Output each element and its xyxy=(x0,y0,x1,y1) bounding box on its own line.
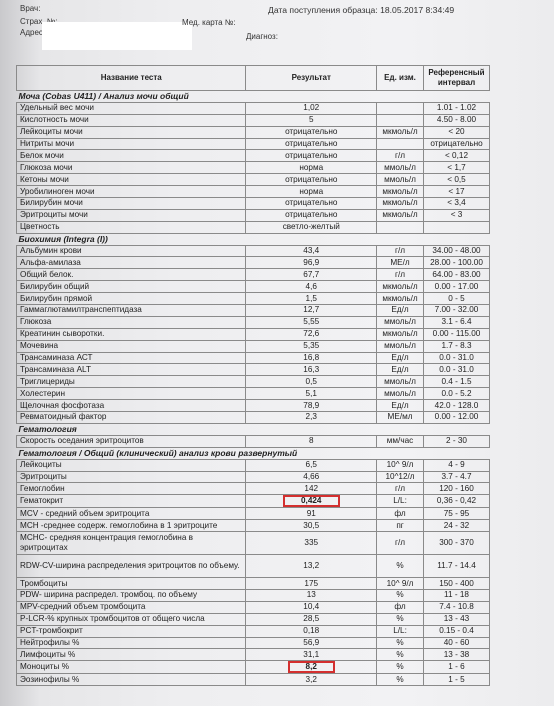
reference-cell: 120 - 160 xyxy=(424,483,490,495)
test-name-cell: Кислотность мочи xyxy=(17,114,246,126)
highlighted-result: 8,2 xyxy=(288,661,335,673)
unit-cell: % xyxy=(377,555,424,578)
table-row: Глюкоза5,55ммоль/л3.1 - 6.4 xyxy=(17,316,490,328)
test-name-cell: Цветность xyxy=(17,221,246,233)
table-row: Альбумин крови43,4г/л34.00 - 48.00 xyxy=(17,245,490,257)
table-row: Лейкоциты6,510^ 9/л4 - 9 xyxy=(17,459,490,471)
result-cell: отрицательно xyxy=(246,150,377,162)
test-name-cell: MCHC- средняя концентрация гемоглобина в… xyxy=(17,532,246,555)
test-name-cell: Гаммаглютамилтранспептидаза xyxy=(17,305,246,317)
table-row: P-LCR-% крупных тромбоцитов от общего чи… xyxy=(17,613,490,625)
unit-cell: Ед/л xyxy=(377,352,424,364)
section-title: Гематология / Общий (клинический) анализ… xyxy=(17,447,490,459)
test-name-cell: PCT-тромбокрит xyxy=(17,625,246,637)
unit-cell: % xyxy=(377,589,424,601)
table-row: Трансаминаза ALT16,3Ед/л0.0 - 31.0 xyxy=(17,364,490,376)
test-name-cell: Общий белок. xyxy=(17,269,246,281)
table-row: MCV - средний объем эритроцита91фл75 - 9… xyxy=(17,508,490,520)
unit-cell: % xyxy=(377,661,424,674)
test-name-cell: Уробилиноген мочи xyxy=(17,186,246,198)
result-cell: 30,5 xyxy=(246,520,377,532)
reference-cell: 150 - 400 xyxy=(424,578,490,590)
result-cell: 8 xyxy=(246,435,377,447)
unit-cell: Ед/л xyxy=(377,400,424,412)
test-name-cell: Трансаминаза АСТ xyxy=(17,352,246,364)
reference-cell: 0 - 5 xyxy=(424,293,490,305)
section-header: Биохимия (Integra (I)) xyxy=(17,233,490,245)
reference-cell: < 3,4 xyxy=(424,198,490,210)
result-cell: 335 xyxy=(246,532,377,555)
table-row: Билирубин прямой1,5мкмоль/л0 - 5 xyxy=(17,293,490,305)
reference-cell: 4.50 - 8.00 xyxy=(424,114,490,126)
reference-cell: 13 - 43 xyxy=(424,613,490,625)
reference-cell: < 1,7 xyxy=(424,162,490,174)
test-name-cell: Ревматоидный фактор xyxy=(17,412,246,424)
result-cell: 1,02 xyxy=(246,102,377,114)
table-row: PCT-тромбокрит0,18L/L:0.15 - 0.4 xyxy=(17,625,490,637)
table-row: Гемоглобин142г/л120 - 160 xyxy=(17,483,490,495)
test-name-cell: Билирубин общий xyxy=(17,281,246,293)
unit-cell: L/L: xyxy=(377,625,424,637)
table-row: Моноциты %8,2%1 - 6 xyxy=(17,661,490,674)
result-cell: 0,424 xyxy=(246,495,377,508)
test-name-cell: Лейкоциты мочи xyxy=(17,126,246,138)
test-name-cell: RDW-CV-ширина распределения эритроцитов … xyxy=(17,555,246,578)
reference-cell: 4 - 9 xyxy=(424,459,490,471)
table-row: Гаммаглютамилтранспептидаза12,7Ед/л7.00 … xyxy=(17,305,490,317)
test-name-cell: Гемоглобин xyxy=(17,483,246,495)
table-row: Скорость оседания эритроцитов8мм/час2 - … xyxy=(17,435,490,447)
reference-cell: 7.00 - 32.00 xyxy=(424,305,490,317)
test-name-cell: Мочевина xyxy=(17,340,246,352)
test-name-cell: Щелочная фосфотаза xyxy=(17,400,246,412)
unit-cell xyxy=(377,138,424,150)
unit-cell: ммоль/л xyxy=(377,376,424,388)
unit-cell: пг xyxy=(377,520,424,532)
result-cell: 0,5 xyxy=(246,376,377,388)
col-header-test-name: Название теста xyxy=(17,66,246,91)
test-name-cell: Глюкоза мочи xyxy=(17,162,246,174)
result-cell: 67,7 xyxy=(246,269,377,281)
table-row: Эозинофилы %3,2%1 - 5 xyxy=(17,674,490,686)
reference-cell: отрицательно xyxy=(424,138,490,150)
table-row: Эритроциты мочиотрицательномкмоль/л< 3 xyxy=(17,209,490,221)
highlighted-result: 0,424 xyxy=(283,495,340,507)
unit-cell: мкмоль/л xyxy=(377,293,424,305)
test-name-cell: Лимфоциты % xyxy=(17,649,246,661)
reference-cell: 1 - 5 xyxy=(424,674,490,686)
result-cell: 0,18 xyxy=(246,625,377,637)
result-cell: 28,5 xyxy=(246,613,377,625)
test-name-cell: Нейтрофилы % xyxy=(17,637,246,649)
test-name-cell: Альфа-амилаза xyxy=(17,257,246,269)
table-row: Мочевина5,35ммоль/л1.7 - 8.3 xyxy=(17,340,490,352)
result-cell: 10,4 xyxy=(246,601,377,613)
reference-cell xyxy=(424,221,490,233)
reference-cell: < 0,5 xyxy=(424,174,490,186)
test-name-cell: Глюкоза xyxy=(17,316,246,328)
test-name-cell: Эритроциты мочи xyxy=(17,209,246,221)
table-header-row: Название теста Результат Ед. изм. Рефере… xyxy=(17,66,490,91)
result-cell: 1,5 xyxy=(246,293,377,305)
reference-cell: 0,36 - 0,42 xyxy=(424,495,490,508)
table-row: Уробилиноген мочинормамкмоль/л< 17 xyxy=(17,186,490,198)
result-cell: 5,55 xyxy=(246,316,377,328)
result-cell: 13,2 xyxy=(246,555,377,578)
table-row: Холестерин5,1ммоль/л0.0 - 5.2 xyxy=(17,388,490,400)
test-name-cell: Нитриты мочи xyxy=(17,138,246,150)
result-cell: 16,3 xyxy=(246,364,377,376)
result-cell: норма xyxy=(246,186,377,198)
reference-cell: 0.00 - 115.00 xyxy=(424,328,490,340)
table-row: Билирубин мочиотрицательномкмоль/л< 3,4 xyxy=(17,198,490,210)
unit-cell: МЕ/л xyxy=(377,257,424,269)
test-name-cell: Билирубин прямой xyxy=(17,293,246,305)
test-name-cell: P-LCR-% крупных тромбоцитов от общего чи… xyxy=(17,613,246,625)
table-row: Глюкоза мочинормаммоль/л< 1,7 xyxy=(17,162,490,174)
unit-cell: МЕ/мл xyxy=(377,412,424,424)
reference-cell: 64.00 - 83.00 xyxy=(424,269,490,281)
col-header-result: Результат xyxy=(246,66,377,91)
unit-cell: фл xyxy=(377,601,424,613)
result-cell: 72,6 xyxy=(246,328,377,340)
result-cell: 4,6 xyxy=(246,281,377,293)
med-card-label: Мед. карта №: xyxy=(182,18,236,27)
table-row: Трансаминаза АСТ16,8Ед/л0.0 - 31.0 xyxy=(17,352,490,364)
result-cell: 78,9 xyxy=(246,400,377,412)
result-cell: 2,3 xyxy=(246,412,377,424)
test-name-cell: PDW- ширина распредел. тромбоц. по объем… xyxy=(17,589,246,601)
test-name-cell: Кетоны мочи xyxy=(17,174,246,186)
unit-cell: г/л xyxy=(377,150,424,162)
test-name-cell: Альбумин крови xyxy=(17,245,246,257)
table-row: Триглицериды0,5ммоль/л0.4 - 1.5 xyxy=(17,376,490,388)
test-name-cell: Лейкоциты xyxy=(17,459,246,471)
reference-cell: 3.1 - 6.4 xyxy=(424,316,490,328)
section-title: Биохимия (Integra (I)) xyxy=(17,233,490,245)
result-cell: отрицательно xyxy=(246,138,377,150)
reference-cell: 0.0 - 31.0 xyxy=(424,364,490,376)
unit-cell: ммоль/л xyxy=(377,316,424,328)
unit-cell: ммоль/л xyxy=(377,340,424,352)
section-title: Моча (Cobas U411) / Анализ мочи общий xyxy=(17,91,490,103)
section-header: Гематология xyxy=(17,423,490,435)
reference-cell: 24 - 32 xyxy=(424,520,490,532)
reference-cell: 42.0 - 128.0 xyxy=(424,400,490,412)
table-row: PDW- ширина распредел. тромбоц. по объем… xyxy=(17,589,490,601)
table-row: Эритроциты4,6610^12/л3.7 - 4.7 xyxy=(17,471,490,483)
unit-cell: % xyxy=(377,637,424,649)
result-cell: отрицательно xyxy=(246,126,377,138)
table-row: Тромбоциты17510^ 9/л150 - 400 xyxy=(17,578,490,590)
section-title: Гематология xyxy=(17,423,490,435)
lab-results-table: Название теста Результат Ед. изм. Рефере… xyxy=(16,65,490,686)
reference-cell: 0.00 - 12.00 xyxy=(424,412,490,424)
table-row: Ревматоидный фактор2,3МЕ/мл0.00 - 12.00 xyxy=(17,412,490,424)
reference-cell: < 3 xyxy=(424,209,490,221)
unit-cell: ммоль/л xyxy=(377,174,424,186)
unit-cell: мкмоль/л xyxy=(377,209,424,221)
sample-date-label: Дата поступления образца: xyxy=(268,5,378,15)
unit-cell: г/л xyxy=(377,532,424,555)
result-cell: 31,1 xyxy=(246,649,377,661)
result-cell: 175 xyxy=(246,578,377,590)
table-row: Нейтрофилы %56,9%40 - 60 xyxy=(17,637,490,649)
unit-cell: ммоль/л xyxy=(377,388,424,400)
unit-cell: % xyxy=(377,649,424,661)
table-row: Удельный вес мочи1,021.01 - 1.02 xyxy=(17,102,490,114)
result-cell: 12,7 xyxy=(246,305,377,317)
unit-cell xyxy=(377,114,424,126)
result-cell: отрицательно xyxy=(246,198,377,210)
result-cell: 16,8 xyxy=(246,352,377,364)
table-row: Цветностьсветло-желтый xyxy=(17,221,490,233)
unit-cell: г/л xyxy=(377,483,424,495)
test-name-cell: Тромбоциты xyxy=(17,578,246,590)
reference-cell: 1.01 - 1.02 xyxy=(424,102,490,114)
result-cell: 142 xyxy=(246,483,377,495)
result-cell: 96,9 xyxy=(246,257,377,269)
result-cell: норма xyxy=(246,162,377,174)
test-name-cell: Эозинофилы % xyxy=(17,674,246,686)
test-name-cell: Белок мочи xyxy=(17,150,246,162)
result-cell: 3,2 xyxy=(246,674,377,686)
reference-cell: 0.0 - 31.0 xyxy=(424,352,490,364)
reference-cell: < 17 xyxy=(424,186,490,198)
table-row: Лейкоциты мочиотрицательномкмоль/л< 20 xyxy=(17,126,490,138)
unit-cell: % xyxy=(377,674,424,686)
reference-cell: 28.00 - 100.00 xyxy=(424,257,490,269)
table-row: MCH -среднее содерж. гемоглобина в 1 эри… xyxy=(17,520,490,532)
unit-cell: 10^ 9/л xyxy=(377,459,424,471)
sample-date: Дата поступления образца: 18.05.2017 8:3… xyxy=(268,5,454,15)
result-cell: 91 xyxy=(246,508,377,520)
unit-cell: г/л xyxy=(377,245,424,257)
col-header-unit: Ед. изм. xyxy=(377,66,424,91)
unit-cell: мкмоль/л xyxy=(377,281,424,293)
reference-cell: 2 - 30 xyxy=(424,435,490,447)
reference-cell: 0.4 - 1.5 xyxy=(424,376,490,388)
result-cell: 5,35 xyxy=(246,340,377,352)
table-row: Билирубин общий4,6мкмоль/л0.00 - 17.00 xyxy=(17,281,490,293)
unit-cell: 10^12/л xyxy=(377,471,424,483)
table-row: Кислотность мочи54.50 - 8.00 xyxy=(17,114,490,126)
test-name-cell: MCV - средний объем эритроцита xyxy=(17,508,246,520)
result-cell: отрицательно xyxy=(246,209,377,221)
reference-cell: 34.00 - 48.00 xyxy=(424,245,490,257)
test-name-cell: Креатинин сыворотки. xyxy=(17,328,246,340)
result-cell: светло-желтый xyxy=(246,221,377,233)
result-cell: отрицательно xyxy=(246,174,377,186)
col-header-reference: Референсный интервал xyxy=(424,66,490,91)
table-row: Альфа-амилаза96,9МЕ/л28.00 - 100.00 xyxy=(17,257,490,269)
reference-cell: 0.00 - 17.00 xyxy=(424,281,490,293)
table-row: Щелочная фосфотаза78,9Ед/л42.0 - 128.0 xyxy=(17,400,490,412)
reference-cell: 40 - 60 xyxy=(424,637,490,649)
unit-cell: 10^ 9/л xyxy=(377,578,424,590)
result-cell: 6,5 xyxy=(246,459,377,471)
table-row: Белок мочиотрицательног/л< 0,12 xyxy=(17,150,490,162)
reference-cell: 11.7 - 14.4 xyxy=(424,555,490,578)
test-name-cell: Триглицериды xyxy=(17,376,246,388)
section-header: Моча (Cobas U411) / Анализ мочи общий xyxy=(17,91,490,103)
test-name-cell: Трансаминаза ALT xyxy=(17,364,246,376)
result-cell: 56,9 xyxy=(246,637,377,649)
test-name-cell: Скорость оседания эритроцитов xyxy=(17,435,246,447)
reference-cell: 0.15 - 0.4 xyxy=(424,625,490,637)
reference-cell: < 20 xyxy=(424,126,490,138)
unit-cell: % xyxy=(377,613,424,625)
unit-cell: мкмоль/л xyxy=(377,328,424,340)
table-row: Нитриты мочиотрицательноотрицательно xyxy=(17,138,490,150)
reference-cell: 0.0 - 5.2 xyxy=(424,388,490,400)
redacted-address xyxy=(42,22,192,50)
table-row: Кетоны мочиотрицательноммоль/л< 0,5 xyxy=(17,174,490,186)
section-header: Гематология / Общий (клинический) анализ… xyxy=(17,447,490,459)
reference-cell: 13 - 38 xyxy=(424,649,490,661)
unit-cell: мкмоль/л xyxy=(377,186,424,198)
test-name-cell: Холестерин xyxy=(17,388,246,400)
table-row: MCHC- средняя концентрация гемоглобина в… xyxy=(17,532,490,555)
test-name-cell: MCH -среднее содерж. гемоглобина в 1 эри… xyxy=(17,520,246,532)
unit-cell: Ед/л xyxy=(377,305,424,317)
table-row: MPV-средний объем тромбоцита10,4фл7.4 - … xyxy=(17,601,490,613)
table-row: Креатинин сыворотки.72,6мкмоль/л0.00 - 1… xyxy=(17,328,490,340)
test-name-cell: Эритроциты xyxy=(17,471,246,483)
doctor-label: Врач: xyxy=(20,4,40,13)
test-name-cell: Моноциты % xyxy=(17,661,246,674)
result-cell: 8,2 xyxy=(246,661,377,674)
unit-cell: фл xyxy=(377,508,424,520)
result-cell: 13 xyxy=(246,589,377,601)
table-row: RDW-CV-ширина распределения эритроцитов … xyxy=(17,555,490,578)
reference-cell: 1 - 6 xyxy=(424,661,490,674)
test-name-cell: Билирубин мочи xyxy=(17,198,246,210)
sample-date-value: 18.05.2017 8:34:49 xyxy=(380,5,454,15)
diagnosis-label: Диагноз: xyxy=(246,32,278,41)
table-row: Лимфоциты %31,1%13 - 38 xyxy=(17,649,490,661)
unit-cell: мкмоль/л xyxy=(377,126,424,138)
unit-cell: г/л xyxy=(377,269,424,281)
result-cell: 43,4 xyxy=(246,245,377,257)
reference-cell: 75 - 95 xyxy=(424,508,490,520)
table-row: Гематокрит0,424L/L:0,36 - 0,42 xyxy=(17,495,490,508)
test-name-cell: MPV-средний объем тромбоцита xyxy=(17,601,246,613)
result-cell: 5 xyxy=(246,114,377,126)
table-row: Общий белок.67,7г/л64.00 - 83.00 xyxy=(17,269,490,281)
reference-cell: < 0,12 xyxy=(424,150,490,162)
result-cell: 4,66 xyxy=(246,471,377,483)
reference-cell: 1.7 - 8.3 xyxy=(424,340,490,352)
unit-cell xyxy=(377,221,424,233)
unit-cell xyxy=(377,102,424,114)
unit-cell: L/L: xyxy=(377,495,424,508)
reference-cell: 3.7 - 4.7 xyxy=(424,471,490,483)
reference-cell: 7.4 - 10.8 xyxy=(424,601,490,613)
unit-cell: мм/час xyxy=(377,435,424,447)
unit-cell: мкмоль/л xyxy=(377,198,424,210)
reference-cell: 300 - 370 xyxy=(424,532,490,555)
reference-cell: 11 - 18 xyxy=(424,589,490,601)
result-cell: 5,1 xyxy=(246,388,377,400)
unit-cell: ммоль/л xyxy=(377,162,424,174)
unit-cell: Ед/л xyxy=(377,364,424,376)
test-name-cell: Удельный вес мочи xyxy=(17,102,246,114)
test-name-cell: Гематокрит xyxy=(17,495,246,508)
